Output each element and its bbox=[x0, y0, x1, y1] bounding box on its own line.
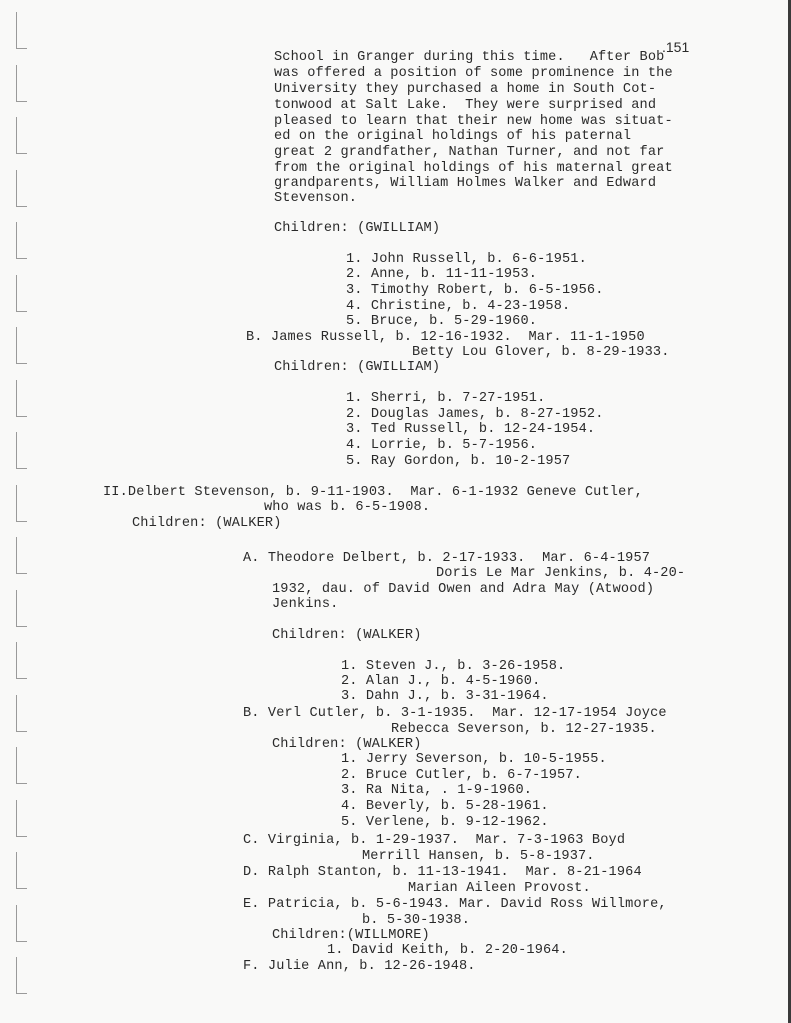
text-line: 1. Jerry Severson, b. 10-5-1955. bbox=[341, 752, 607, 767]
margin-bracket-mark bbox=[16, 590, 27, 627]
text-line: 1. David Keith, b. 2-20-1964. bbox=[327, 943, 568, 958]
text-line: Stevenson. bbox=[274, 191, 357, 206]
text-line: 3. Ted Russell, b. 12-24-1954. bbox=[346, 422, 595, 437]
text-line: 3. Ra Nita, . 1-9-1960. bbox=[341, 783, 532, 798]
text-line: Jenkins. bbox=[272, 597, 338, 612]
text-line: 1. Sherri, b. 7-27-1951. bbox=[346, 391, 545, 406]
text-line: Children: (WALKER) bbox=[132, 516, 282, 531]
text-line: Children: (WALKER) bbox=[272, 628, 422, 643]
text-line: C. Virginia, b. 1-29-1937. Mar. 7-3-1963… bbox=[243, 833, 625, 848]
margin-bracket-mark bbox=[16, 905, 27, 942]
margin-bracket-mark bbox=[16, 170, 27, 207]
margin-bracket-mark bbox=[16, 852, 27, 889]
margin-bracket-mark bbox=[16, 800, 27, 837]
text-line: 5. Bruce, b. 5-29-1960. bbox=[346, 314, 537, 329]
text-line: 4. Lorrie, b. 5-7-1956. bbox=[346, 438, 537, 453]
text-line: 5. Ray Gordon, b. 10-2-1957 bbox=[346, 454, 570, 469]
text-line: 5. Verlene, b. 9-12-1962. bbox=[341, 815, 549, 830]
text-line: pleased to learn that their new home was… bbox=[274, 114, 673, 129]
text-line: Rebecca Severson, b. 12-27-1935. bbox=[391, 722, 657, 737]
text-line: Betty Lou Glover, b. 8-29-1933. bbox=[412, 345, 670, 360]
text-line: 1. John Russell, b. 6-6-1951. bbox=[346, 252, 587, 267]
text-line: grandparents, William Holmes Walker and … bbox=[274, 176, 656, 191]
text-line: b. 5-30-1938. bbox=[362, 913, 470, 928]
margin-bracket-mark bbox=[16, 537, 27, 574]
text-line: F. Julie Ann, b. 12-26-1948. bbox=[243, 959, 476, 974]
text-line: Children:(WILLMORE) bbox=[272, 928, 430, 943]
margin-bracket-mark bbox=[16, 747, 27, 784]
text-line: B. Verl Cutler, b. 3-1-1935. Mar. 12-17-… bbox=[243, 706, 667, 721]
text-line: 4. Christine, b. 4-23-1958. bbox=[346, 299, 570, 314]
text-line: 1932, dau. of David Owen and Adra May (A… bbox=[272, 582, 654, 597]
margin-bracket-mark bbox=[16, 12, 27, 49]
text-line: great 2 grandfather, Nathan Turner, and … bbox=[274, 145, 664, 160]
text-line: 2. Alan J., b. 4-5-1960. bbox=[341, 674, 540, 689]
margin-bracket-mark bbox=[16, 642, 27, 679]
text-line: Doris Le Mar Jenkins, b. 4-20- bbox=[436, 566, 685, 581]
text-line: II.Delbert Stevenson, b. 9-11-1903. Mar.… bbox=[103, 485, 643, 500]
text-line: from the original holdings of his matern… bbox=[274, 161, 673, 176]
binder-margin-marks bbox=[0, 0, 40, 1023]
margin-bracket-mark bbox=[16, 65, 27, 102]
margin-bracket-mark bbox=[16, 380, 27, 417]
text-line: Children: (WALKER) bbox=[272, 737, 422, 752]
page-number: .151 bbox=[662, 39, 689, 55]
text-line: 3. Timothy Robert, b. 6-5-1956. bbox=[346, 283, 604, 298]
document-page: .151 School in Granger during this time.… bbox=[0, 0, 791, 1023]
text-line: School in Granger during this time. Afte… bbox=[274, 50, 664, 65]
text-line: B. James Russell, b. 12-16-1932. Mar. 11… bbox=[246, 330, 645, 345]
margin-bracket-mark bbox=[16, 432, 27, 469]
text-line: 4. Beverly, b. 5-28-1961. bbox=[341, 799, 549, 814]
text-line: A. Theodore Delbert, b. 2-17-1933. Mar. … bbox=[243, 551, 650, 566]
text-line: Merrill Hansen, b. 5-8-1937. bbox=[362, 849, 595, 864]
text-line: E. Patricia, b. 5-6-1943. Mar. David Ros… bbox=[243, 897, 667, 912]
margin-bracket-mark bbox=[16, 957, 27, 994]
text-line: 2. Anne, b. 11-11-1953. bbox=[346, 267, 537, 282]
text-line: tonwood at Salt Lake. They were surprise… bbox=[274, 98, 656, 113]
text-line: D. Ralph Stanton, b. 11-13-1941. Mar. 8-… bbox=[243, 865, 642, 880]
text-line: 2. Douglas James, b. 8-27-1952. bbox=[346, 407, 604, 422]
text-line: 2. Bruce Cutler, b. 6-7-1957. bbox=[341, 768, 582, 783]
text-line: was offered a position of some prominenc… bbox=[274, 66, 673, 81]
text-line: ed on the original holdings of his pater… bbox=[274, 129, 631, 144]
text-line: 1. Steven J., b. 3-26-1958. bbox=[341, 659, 565, 674]
text-line: Children: (GWILLIAM) bbox=[274, 360, 440, 375]
text-line: University they purchased a home in Sout… bbox=[274, 82, 656, 97]
margin-bracket-mark bbox=[16, 485, 27, 522]
margin-bracket-mark bbox=[16, 222, 27, 259]
text-line: who was b. 6-5-1908. bbox=[264, 500, 430, 515]
margin-bracket-mark bbox=[16, 327, 27, 364]
text-line: Marian Aileen Provost. bbox=[408, 881, 591, 896]
margin-bracket-mark bbox=[16, 275, 27, 312]
text-line: Children: (GWILLIAM) bbox=[274, 221, 440, 236]
margin-bracket-mark bbox=[16, 695, 27, 732]
margin-bracket-mark bbox=[16, 117, 27, 154]
text-line: 3. Dahn J., b. 3-31-1964. bbox=[341, 689, 549, 704]
